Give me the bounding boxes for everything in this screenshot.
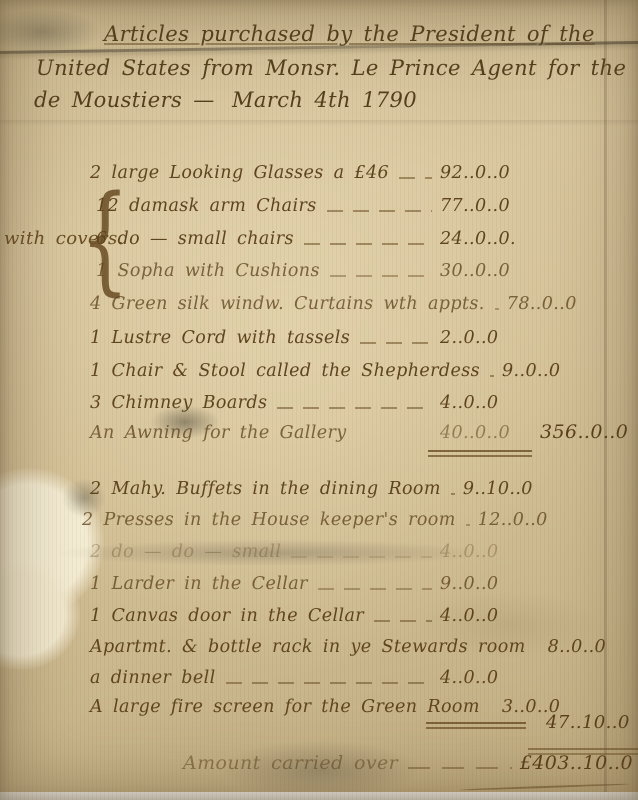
dash-leader [291,556,432,558]
dash-leader [490,375,494,377]
carried-over-line: Amount carried over £403..10..0 [183,752,633,774]
dash-leader [451,493,455,495]
item-amount: 9..0..0 [440,574,536,594]
item-description: 2 Presses in the House keeper's room [82,510,456,530]
line-item: 2 Mahy. Buffets in the dining Room 9..10… [90,479,536,499]
item-description: An Awning for the Gallery [90,423,347,443]
dash-leader [318,588,432,590]
dash-leader [330,275,432,277]
line-item: 3 Chimney Boards 4..0..0 [90,393,536,413]
dash-leader [466,524,470,526]
grouping-brace: { [81,186,98,298]
paper-blotch-left-lower [0,560,80,670]
dash-leader [304,243,432,245]
faint-crease [0,120,638,126]
section2-total: 47..10..0 [546,712,630,733]
scan-background-strip [0,792,638,800]
header-line3-left: de Moustiers — [34,88,215,112]
line-item: 1 Sopha with Cushions 30..0..0 [96,261,536,281]
carried-over-amount: £403..10..0 [520,752,633,774]
item-amount: 92..0..0 [440,163,536,183]
item-amount: 9..0..0 [502,361,598,381]
line-item: 12 damask arm Chairs 77..0..0 [96,196,536,216]
line-item: 2 Presses in the House keeper's room 12.… [82,510,536,530]
item-description: 1 Chair & Stool called the Shepherdess [90,361,480,381]
flourish-underline [460,783,630,791]
item-description: 12 damask arm Chairs [96,196,317,216]
header-date: March 4th 1790 [232,88,417,112]
dash-leader [277,407,432,409]
line-item: 1 Larder in the Cellar 9..0..0 [90,574,536,594]
item-amount: 30..0..0 [440,261,536,281]
item-description: 1 Sopha with Cushions [96,261,320,281]
dash-leader [327,210,432,212]
line-item: 1 Lustre Cord with tassels 2..0..0 [90,328,536,348]
item-description: 2 Mahy. Buffets in the dining Room [90,479,441,499]
double-underline-awning [428,450,532,457]
item-description: Apartmt. & bottle rack in ye Stewards ro… [90,637,526,657]
line-item: 6 do — small chairs 24..0..0. [96,229,536,249]
line-item: 1 Chair & Stool called the Shepherdess 9… [90,361,536,381]
line-item: A large fire screen for the Green Room 3… [90,697,536,717]
double-underline-firescreen [426,722,526,729]
item-amount: 12..0..0 [478,510,574,530]
dash-leader [399,177,432,179]
carried-over-label: Amount carried over [183,752,398,774]
manuscript-page: Articles purchased by the President of t… [0,0,638,800]
dash-leader [374,620,432,622]
dash-leader [495,308,499,310]
line-item: 2 large Looking Glasses a £46 92..0..0 [90,163,536,183]
line-item: 4 Green silk windw. Curtains wth appts. … [90,294,536,314]
paper-blotch-left [0,468,104,618]
header-line2: United States from Monsr. Le Prince Agen… [36,56,638,80]
item-description: 1 Larder in the Cellar [90,574,308,594]
item-amount: 78..0..0 [507,294,603,314]
item-description: 2 large Looking Glasses a £46 [90,163,389,183]
item-description: 2 do — do — small [90,542,281,562]
right-edge-fold [604,0,607,800]
item-amount: 8..0..0 [548,637,638,657]
dash-leader [360,342,432,344]
item-description: 1 Canvas door in the Cellar [90,606,364,626]
line-item: Apartmt. & bottle rack in ye Stewards ro… [90,637,536,657]
document-title: Articles purchased by the President of t… [104,22,595,46]
item-description: A large fire screen for the Green Room [90,697,480,717]
item-amount: 4..0..0 [440,542,536,562]
item-amount: 4..0..0 [440,393,536,413]
line-item: 1 Canvas door in the Cellar 4..0..0 [90,606,536,626]
item-amount: 9..10..0 [463,479,559,499]
item-amount: 24..0..0. [440,229,536,249]
item-amount: 2..0..0 [440,328,536,348]
item-description: 3 Chimney Boards [90,393,267,413]
item-amount: 4..0..0 [440,668,536,688]
item-description: 4 Green silk windw. Curtains wth appts. [90,294,485,314]
item-description: 6 do — small chairs [96,229,294,249]
line-item: a dinner bell 4..0..0 [90,668,536,688]
dash-leader [226,682,432,684]
line-item: An Awning for the Gallery 40..0..0 [90,423,536,443]
item-amount: 4..0..0 [440,606,536,626]
item-amount: 40..0..0 [440,423,536,443]
item-description: a dinner bell [90,668,216,688]
section1-total: 356..0..0 [540,421,628,443]
smudge-top-left [0,8,102,56]
dash-leader [408,767,512,769]
item-description: 1 Lustre Cord with tassels [90,328,350,348]
item-amount: 77..0..0 [440,196,536,216]
line-item-faded: 2 do — do — small 4..0..0 [90,542,536,562]
